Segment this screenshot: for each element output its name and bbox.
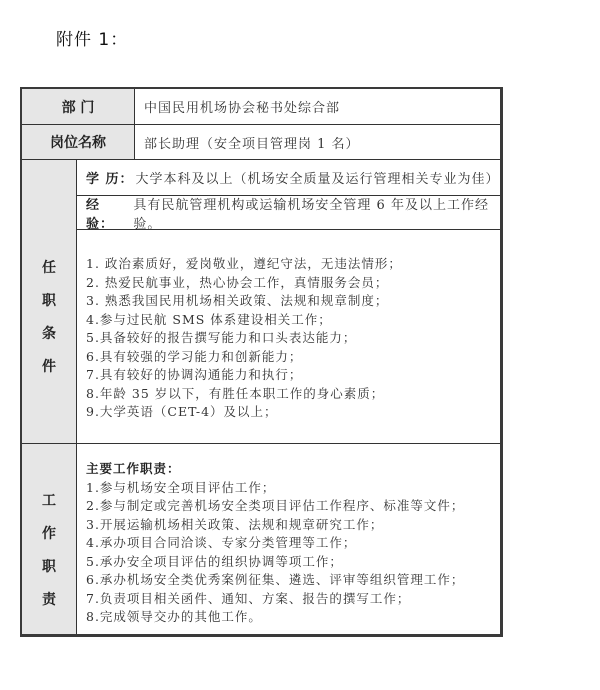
requirements-label-char: 条	[42, 323, 56, 343]
experience-value: 具有民航管理机构或运输机场安全管理 6 年及以上工作经验。	[133, 194, 500, 232]
requirements-label-char: 件	[42, 356, 56, 376]
duties-list: 主要工作职责： 1.参与机场安全项目评估工作； 2.参与制定或完善机场安全类项目…	[77, 460, 500, 627]
education-label: 学 历：	[86, 168, 134, 187]
position-label: 岗位名称	[22, 125, 135, 159]
list-item: 6.具有较强的学习能力和创新能力；	[86, 348, 500, 367]
attachment-title: 附件 1：	[56, 25, 128, 50]
list-item: 3.开展运输机场相关政策、法规和规章研究工作；	[86, 516, 500, 535]
list-item: 7.具有较好的协调沟通能力和执行；	[86, 366, 500, 385]
requirements-label-char: 职	[42, 290, 56, 310]
list-item: 4.承办项目合同洽谈、专家分类管理等工作；	[86, 534, 500, 553]
duties-label-char: 责	[42, 589, 56, 609]
list-item: 2. 热爱民航事业，热心协会工作，真情服务会员；	[86, 274, 500, 293]
requirements-list: 1. 政治素质好，爱岗敬业，遵纪守法，无违法情形； 2. 热爱民航事业，热心协会…	[77, 255, 500, 422]
requirements-section: 任 职 条 件 学 历： 大学本科及以上（机场安全质量及运行管理相关专业为佳） …	[22, 160, 500, 444]
education-value: 大学本科及以上（机场安全质量及运行管理相关专业为佳）	[136, 168, 500, 187]
list-item: 1.参与机场安全项目评估工作；	[86, 479, 500, 498]
list-item: 5.承办安全项目评估的组织协调等项工作；	[86, 553, 500, 572]
list-item: 1. 政治素质好，爱岗敬业，遵纪守法，无违法情形；	[86, 255, 500, 274]
list-item: 3. 熟悉我国民用机场相关政策、法规和规章制度；	[86, 292, 500, 311]
list-item: 5.具备较好的报告撰写能力和口头表达能力；	[86, 329, 500, 348]
position-value: 部长助理（安全项目管理岗 1 名）	[135, 125, 360, 159]
list-item: 6.承办机场安全类优秀案例征集、遴选、评审等组织管理工作；	[86, 571, 500, 590]
list-item: 4.参与过民航 SMS 体系建设相关工作；	[86, 311, 500, 330]
position-row: 岗位名称 部长助理（安全项目管理岗 1 名）	[22, 125, 500, 160]
duties-label-char: 职	[42, 556, 56, 576]
experience-row: 经 验： 具有民航管理机构或运输机场安全管理 6 年及以上工作经验。	[77, 196, 500, 230]
duties-label-char: 工	[42, 490, 56, 510]
duties-label-char: 作	[42, 523, 56, 543]
list-item: 9.大学英语（CET-4）及以上；	[86, 403, 500, 422]
list-item: 2.参与制定或完善机场安全类项目评估工作程序、标准等文件；	[86, 497, 500, 516]
duties-section: 工 作 职 责 主要工作职责： 1.参与机场安全项目评估工作； 2.参与制定或完…	[22, 444, 500, 634]
experience-label: 经 验：	[86, 194, 131, 232]
department-value: 中国民用机场协会秘书处综合部	[135, 89, 340, 124]
duties-heading: 主要工作职责：	[86, 460, 500, 479]
list-item: 8.完成领导交办的其他工作。	[86, 608, 500, 627]
department-label: 部 门	[22, 89, 135, 124]
requirements-label: 任 职 条 件	[22, 160, 77, 443]
job-posting-table: 部 门 中国民用机场协会秘书处综合部 岗位名称 部长助理（安全项目管理岗 1 名…	[20, 87, 503, 637]
list-item: 7.负责项目相关函件、通知、方案、报告的撰写工作；	[86, 590, 500, 609]
list-item: 8.年龄 35 岁以下，有胜任本职工作的身心素质；	[86, 385, 500, 404]
requirements-label-char: 任	[42, 257, 56, 277]
duties-label: 工 作 职 责	[22, 444, 77, 634]
education-row: 学 历： 大学本科及以上（机场安全质量及运行管理相关专业为佳）	[77, 160, 500, 196]
department-row: 部 门 中国民用机场协会秘书处综合部	[22, 89, 500, 125]
